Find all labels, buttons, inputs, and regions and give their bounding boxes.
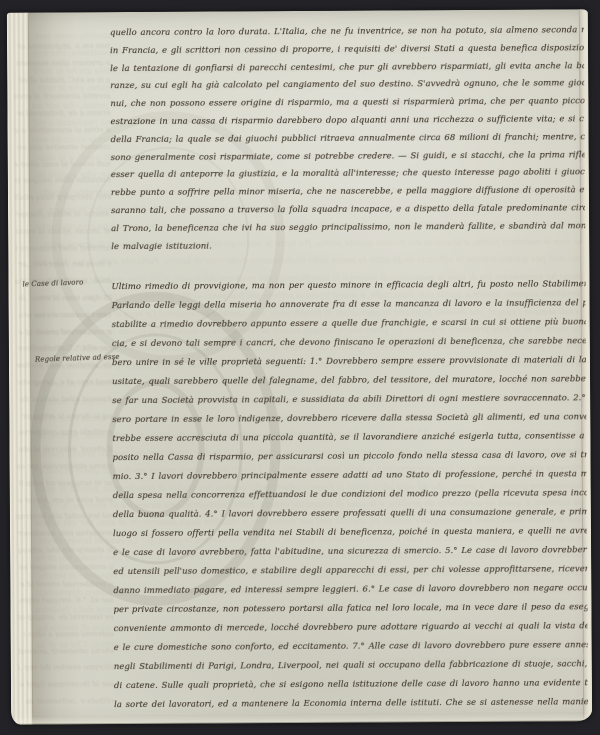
gutter-shadow — [28, 12, 80, 724]
manuscript-line: la sorte dei lavoratori, ed a mantenere … — [114, 693, 588, 715]
manuscript-paragraph-1: quello ancora contro la loro durata. L'I… — [110, 22, 585, 258]
manuscript-line: in Francia, e gli scrittori non cessino … — [110, 40, 584, 61]
scanner-background: quello ancora contro la loro durata. L'I… — [0, 0, 600, 735]
manuscript-line: le malvagie istituzioni. — [111, 236, 585, 257]
manuscript-line: al Trono, la beneficenza che ivi ha suo … — [111, 218, 585, 239]
margin-note-regole-relative: Regole relative ad esse — [35, 353, 120, 364]
manuscript-page: quello ancora contro la loro durata. L'I… — [7, 9, 592, 725]
manuscript-paragraph-2: Ultimo rimedio di provvigione, ma non pe… — [111, 275, 588, 718]
manuscript-line: della Francia; la quale se dai giuochi p… — [111, 129, 585, 150]
